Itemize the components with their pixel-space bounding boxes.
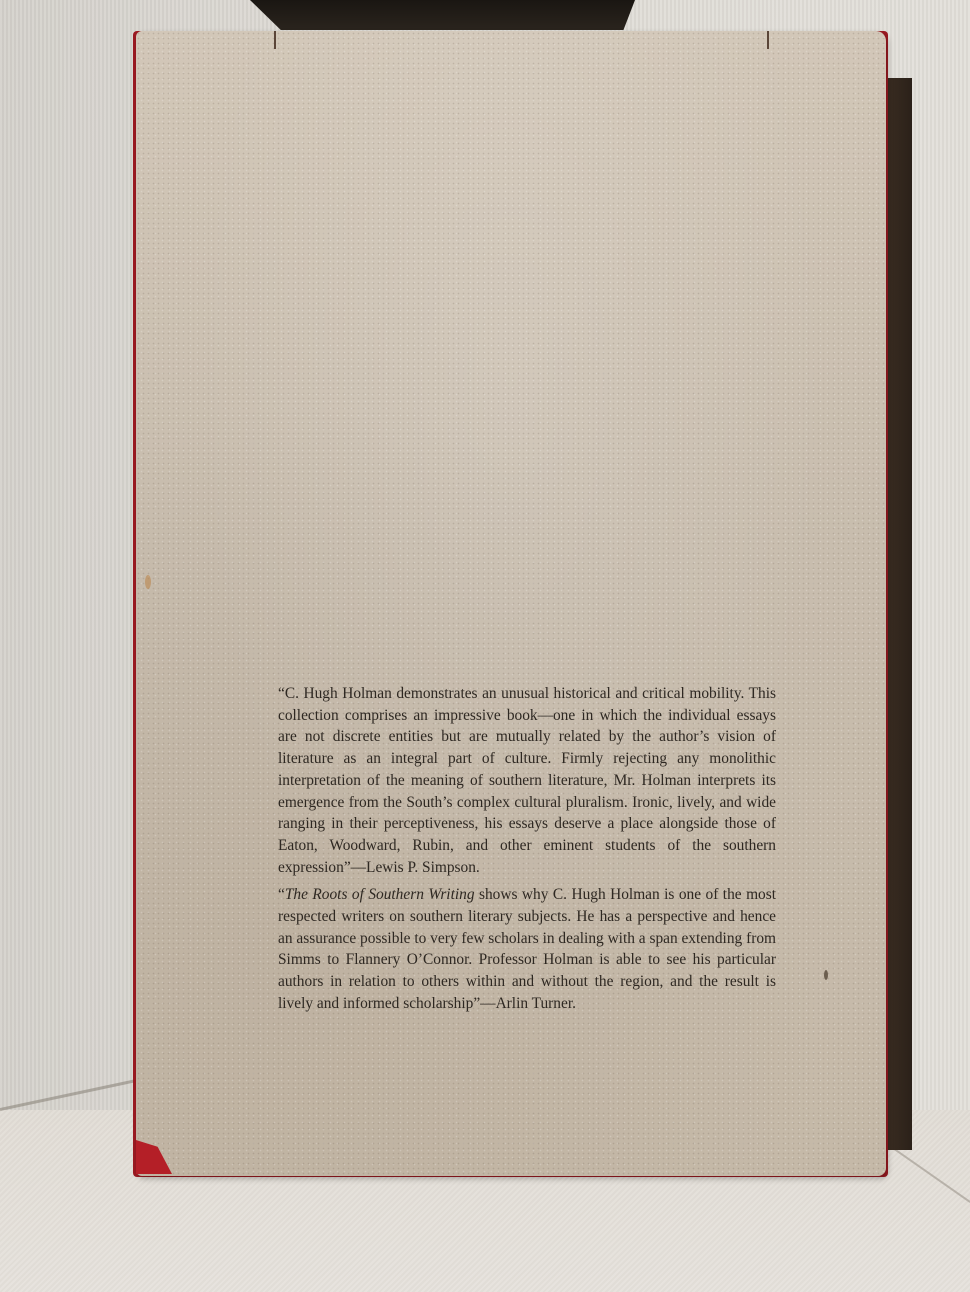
dark-object-top xyxy=(250,0,635,30)
quote-attribution: —Arlin Turner. xyxy=(480,995,576,1012)
quote-text: “C. Hugh Holman demonstrates an unusual … xyxy=(278,685,776,876)
review-quote-simpson: “C. Hugh Holman demonstrates an unusual … xyxy=(278,683,776,878)
jacket-tear xyxy=(767,31,769,49)
quote-attribution: —Lewis P. Simpson. xyxy=(351,859,480,876)
jacket-stain xyxy=(824,970,828,980)
review-blurbs: “C. Hugh Holman demonstrates an unusual … xyxy=(278,683,776,1015)
quote-text: shows why C. Hugh Holman is one of the m… xyxy=(278,886,776,1012)
jacket-stain xyxy=(145,575,151,589)
book-back-edge xyxy=(886,78,912,1150)
book-title: The Roots of Southern Writing xyxy=(285,886,475,903)
review-quote-turner: “The Roots of Southern Writing shows why… xyxy=(278,884,776,1014)
jacket-tear xyxy=(274,31,276,49)
open-quote: “ xyxy=(278,886,285,903)
